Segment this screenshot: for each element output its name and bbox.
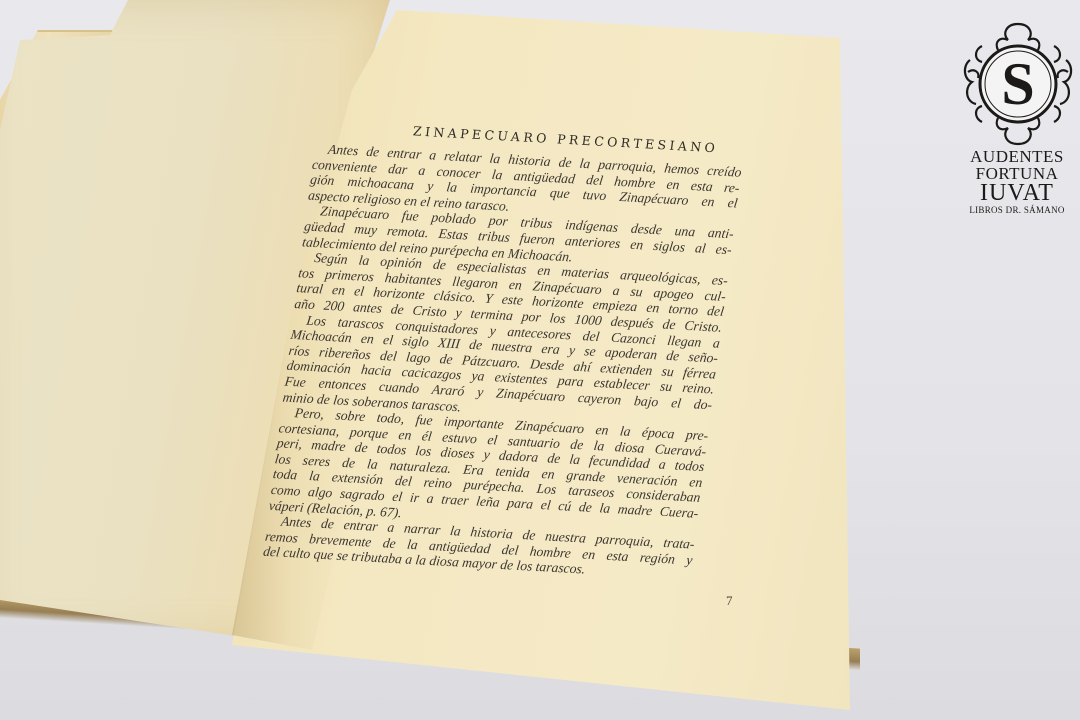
- page-number: 7: [726, 593, 733, 609]
- logo-text: AUDENTES FORTUNA IUVAT LIBROS DR. SÁMANO: [956, 148, 1078, 216]
- page-text: ZINAPECUARO PRECORTESIANO Antes de entra…: [262, 118, 745, 583]
- logo-brand-name: LIBROS DR. SÁMANO: [956, 204, 1078, 216]
- watermark-logo: S AUDENTES FORTUNA IUVAT LIBROS DR. SÁMA…: [956, 20, 1078, 220]
- photo-scene: ZINAPECUARO PRECORTESIANO Antes de entra…: [0, 0, 1080, 720]
- logo-motto-line-3: IUVAT: [956, 182, 1078, 204]
- ornamental-s-emblem-icon: S: [960, 20, 1076, 148]
- svg-text:S: S: [1001, 51, 1034, 117]
- logo-motto-line-1: AUDENTES: [956, 148, 1078, 165]
